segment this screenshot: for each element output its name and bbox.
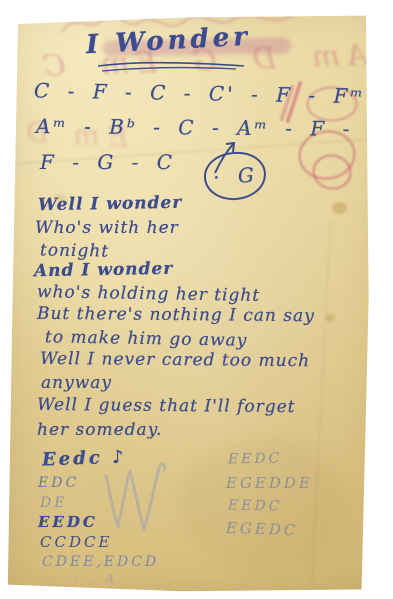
- lyric-line: to make him go away: [45, 327, 248, 351]
- lyric-line: Who's with her: [35, 218, 179, 238]
- pencil-scribble-icon: [102, 462, 174, 542]
- note-letters-left: · · ·· ‥ A: [40, 572, 117, 586]
- note-letters-left: EEDC: [38, 513, 98, 531]
- note-letters-left: EDC: [38, 475, 79, 491]
- paper-sheet: Am D G Em C Am F Em D I Wonder C - F - C…: [0, 0, 393, 599]
- paper-stain: [332, 202, 347, 214]
- note-letters-left: CDEE,EDCD: [42, 554, 159, 570]
- arrow-mark-icon: [212, 138, 240, 176]
- lyric-line: anyway: [41, 373, 112, 393]
- lyric-line: Well I never cared too much: [40, 349, 310, 371]
- lyric-line: tonight: [40, 240, 109, 261]
- chord-line-1: C - F - C - C' - F - Fᵐ - C-C: [34, 78, 393, 109]
- lyric-line: And I wonder: [34, 259, 174, 281]
- paper-stain: [55, 194, 66, 202]
- lyric-line: who's holding her tight: [37, 282, 261, 306]
- lyric-line: But there's nothing I can say: [37, 304, 315, 326]
- note-letters-left: DE: [40, 495, 67, 511]
- paper-stain: [180, 440, 350, 570]
- lyric-line: Well I guess that I'll forget: [37, 395, 296, 417]
- lyric-line: her someday.: [37, 420, 162, 440]
- title-underline: [96, 60, 256, 76]
- photo-background: Am D G Em C Am F Em D I Wonder C - F - C…: [0, 0, 393, 599]
